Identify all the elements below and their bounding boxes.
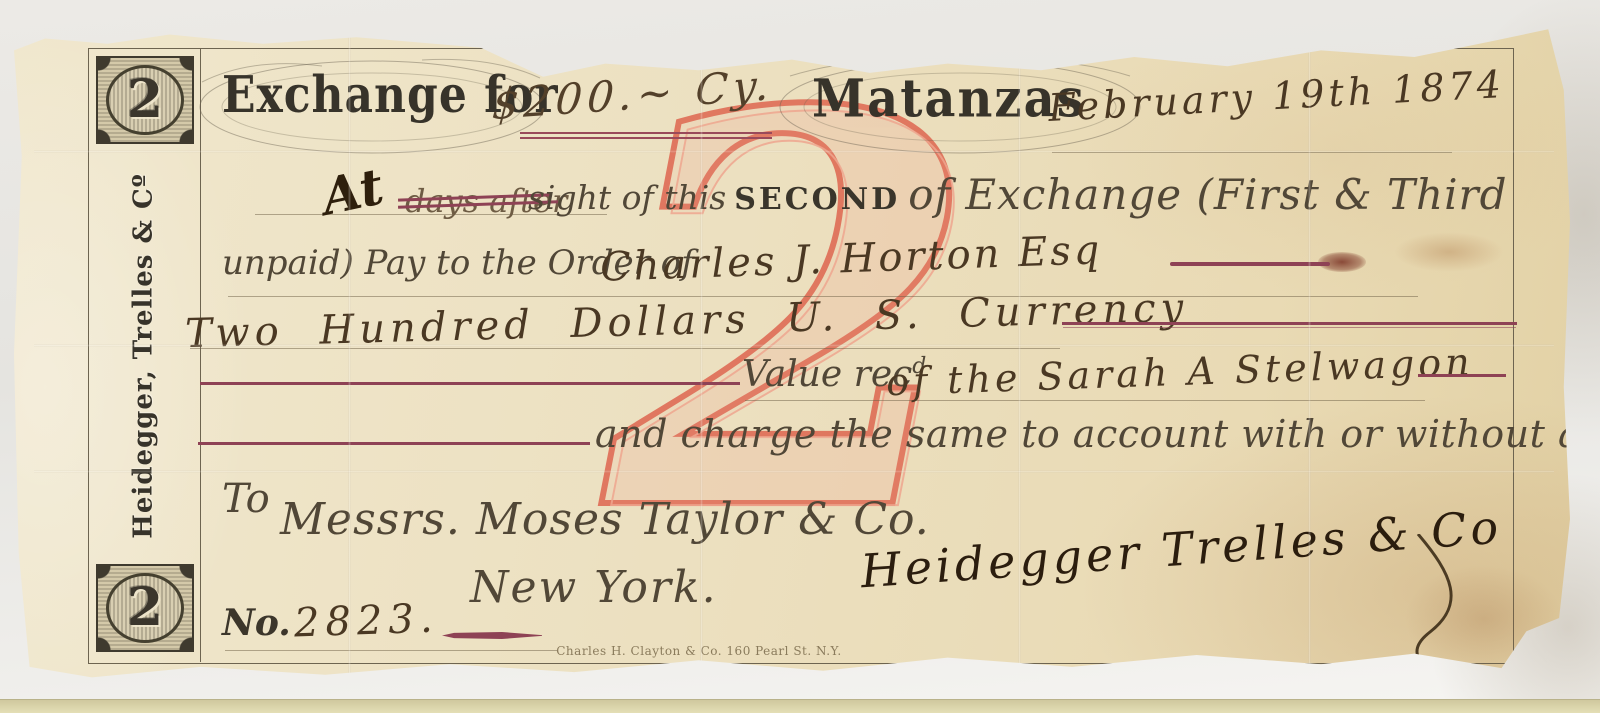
denomination-numeral: 2 (127, 74, 163, 126)
scan-bottom-edge (0, 699, 1600, 713)
ruling-hairline (225, 650, 557, 651)
amount-underline-rule (520, 132, 772, 139)
denomination-numeral: 2 (127, 582, 163, 634)
maroon-fill-dash (1418, 374, 1506, 377)
maroon-fill-dash (200, 382, 740, 385)
ruling-hairline (745, 400, 1425, 401)
term-handwritten: At (317, 156, 389, 226)
number-handwritten: 2823. (293, 595, 439, 646)
medallion-oval: 2 (106, 65, 184, 135)
maroon-fill-dash (1062, 322, 1517, 325)
number-label: No. (222, 602, 291, 644)
signature-tail-flourish (1404, 534, 1484, 679)
denomination-medallion-top: 2 (96, 56, 194, 144)
sight-of-exchange-line: sight of thisSECONDof Exchange (First & … (528, 170, 1507, 219)
sight-suffix: of Exchange (First & Third (908, 170, 1507, 219)
sight-prefix: sight of this (528, 178, 726, 217)
scanned-bill-of-exchange: 2 2 2 2 Heidegger, Trelles & Cº (0, 0, 1600, 713)
medallion-oval: 2 (106, 573, 184, 643)
drawee-city: New York. (470, 562, 718, 613)
maroon-fill-dash (198, 442, 590, 445)
charge-account-line: and charge the same to account with or w… (595, 412, 1600, 456)
second-of-exchange-word: SECOND (734, 182, 900, 217)
maroon-fill-dash (1170, 262, 1330, 266)
company-name-vertical: Heidegger, Trelles & Cº (88, 164, 200, 548)
bill-paper: 2 2 2 2 Heidegger, Trelles & Cº (14, 24, 1570, 684)
to-label: To (222, 476, 270, 522)
denomination-medallion-bottom: 2 (96, 564, 194, 652)
drawee-name: Messrs. Moses Taylor & Co. (280, 494, 930, 545)
place-label: Matanzas (812, 68, 1086, 130)
printer-imprint: Charles H. Clayton & Co. 160 Pearl St. N… (534, 644, 864, 658)
ruling-hairline (1052, 152, 1452, 153)
